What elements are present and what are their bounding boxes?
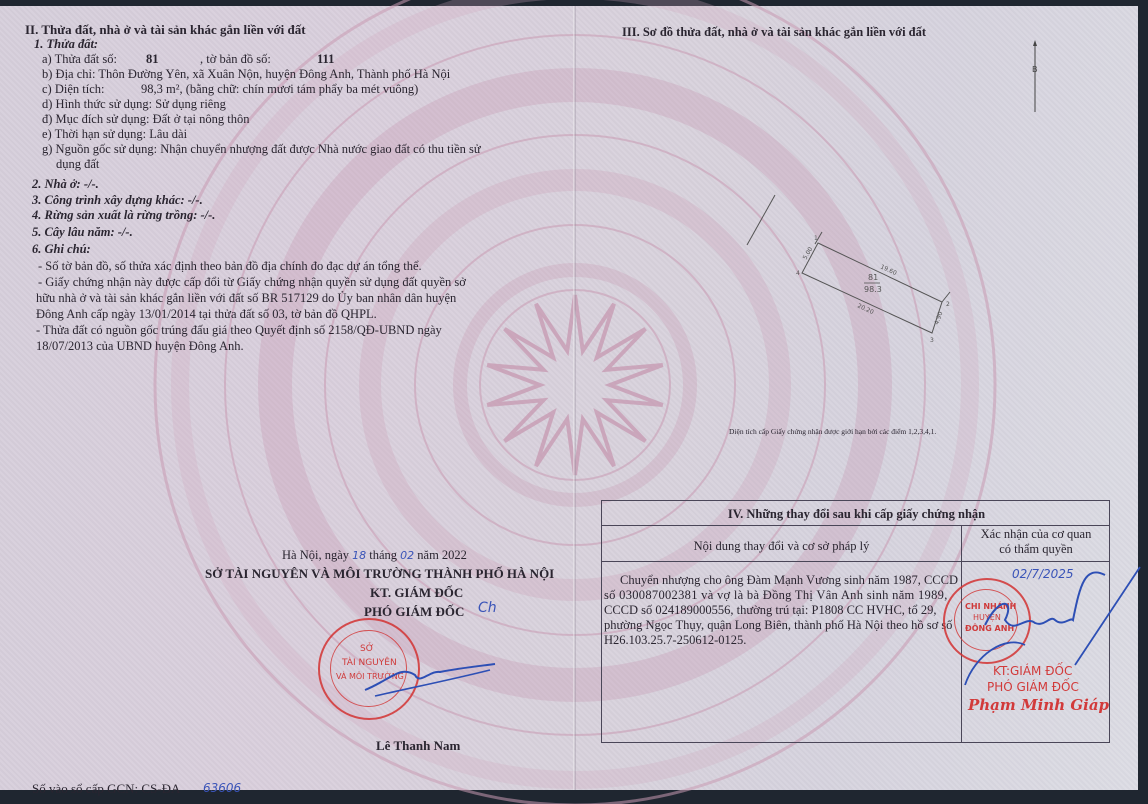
note-line: Đông Anh cấp ngày 13/01/2014 tại thửa đấ… [36, 307, 377, 322]
area-boundary-note: Diện tích cấp Giấy chứng nhận được giới … [729, 427, 936, 436]
signing-month: 02 [400, 549, 414, 562]
svg-text:1: 1 [814, 235, 818, 242]
section-ii-title: II. Thửa đất, nhà ở và tài sản khác gắn … [25, 22, 306, 37]
signer-signature [360, 660, 500, 700]
on-behalf-director: KT. GIÁM ĐỐC [370, 585, 463, 600]
svg-text:98.3: 98.3 [864, 285, 882, 294]
use-origin: g) Nguồn gốc sử dụng: Nhận chuyển nhượng… [42, 142, 481, 157]
note-line: 18/07/2013 của UBND huyện Đông Anh. [36, 339, 244, 354]
svg-text:20.20: 20.20 [856, 302, 875, 316]
change-entry-line: Chuyển nhượng cho ông Đàm Mạnh Vương sin… [620, 573, 958, 588]
confirm-on-behalf: KT:GIÁM ĐỐC [993, 664, 1072, 679]
signer-name: Lê Thanh Nam [376, 738, 460, 753]
svg-text:4: 4 [796, 270, 800, 277]
north-arrow: B [1025, 40, 1045, 115]
note-line: - Giấy chứng nhận này được cấp đổi từ Gi… [38, 275, 466, 290]
registry-number: 63606 [203, 781, 241, 796]
section-iii-title: III. Sơ đồ thửa đất, nhà ở và tài sản kh… [622, 25, 926, 40]
issuing-agency: SỞ TÀI NGUYÊN VÀ MÔI TRƯỜNG THÀNH PHỐ HÀ… [205, 566, 554, 581]
map-sheet-number: 111 [317, 52, 334, 67]
production-forest: 4. Rừng sản xuất là rừng trồng: -/-. [32, 208, 215, 223]
map-sheet-label: , tờ bản đồ số: [200, 52, 271, 67]
use-purpose: đ) Mục đích sử dụng: Đất ở tại nông thôn [42, 112, 249, 127]
changes-title: IV. Những thay đổi sau khi cấp giấy chứn… [602, 507, 1111, 522]
svg-text:3: 3 [930, 337, 934, 344]
address: b) Địa chỉ: Thôn Đường Yên, xã Xuân Nộn,… [42, 67, 450, 82]
svg-text:B: B [1032, 65, 1038, 74]
signing-day: 18 [352, 549, 366, 562]
parcel-label: a) Thửa đất số: [42, 52, 117, 67]
area-value: 98,3 m², (bằng chữ: chín mươi tám phẩy b… [141, 82, 418, 97]
changes-col-content-header: Nội dung thay đổi và cơ sở pháp lý [602, 539, 961, 554]
use-origin-cont: dụng đất [56, 157, 99, 172]
initials-signature: Ch [478, 601, 497, 616]
area-label: c) Diện tích: [42, 82, 104, 97]
deputy-director-title: PHÓ GIÁM ĐỐC [364, 604, 464, 619]
house: 2. Nhà ở: -/-. [32, 177, 99, 192]
change-entry-line: CCCD số 024189000556, thường trú tại: P1… [604, 603, 937, 618]
changes-col-confirm-header-2: có thẩm quyền [962, 542, 1110, 557]
registry-label: Số vào sổ cấp GCN: CS-ĐA [32, 781, 180, 796]
parcel-number: 81 [146, 52, 159, 67]
change-entry-line: số 030087002381 và vợ là bà Đồng Thị Vân… [604, 588, 948, 603]
svg-text:4.90: 4.90 [933, 311, 944, 326]
land-heading: 1. Thửa đất: [34, 37, 98, 52]
use-term: e) Thời hạn sử dụng: Lâu dài [42, 127, 187, 142]
confirm-signer-name: Phạm Minh Giáp [968, 698, 1109, 713]
perennial-trees: 5. Cây lâu năm: -/-. [32, 225, 133, 240]
plot-diagram: 81 98.3 19.60 20.20 4.90 5.00 1 2 3 4 [740, 180, 960, 350]
svg-text:19.60: 19.60 [879, 263, 898, 277]
use-form: d) Hình thức sử dụng: Sử dụng riêng [42, 97, 226, 112]
other-construction: 3. Công trình xây dựng khác: -/-. [32, 193, 203, 208]
note-line: hữu nhà ở và tài sản khác gắn liền với đ… [36, 291, 456, 306]
note-line: - Số tờ bản đồ, số thửa xác định theo bả… [38, 259, 422, 274]
notes-heading: 6. Ghi chú: [32, 242, 91, 257]
page-fold [573, 6, 576, 790]
signing-place-date: Hà Nội, ngày 18 tháng 02 năm 2022 [282, 548, 467, 563]
confirm-deputy-title: PHÓ GIÁM ĐỐC [987, 680, 1079, 695]
svg-text:81: 81 [868, 273, 878, 282]
svg-text:2: 2 [946, 301, 950, 308]
change-entry-line: phường Ngọc Thụy, quận Long Biên, thành … [604, 618, 952, 633]
note-line: - Thửa đất có nguồn gốc trúng đấu giá th… [36, 323, 442, 338]
change-entry-line: H26.103.25.7-250612-0125. [604, 633, 746, 648]
changes-col-confirm-header: Xác nhận của cơ quan [962, 527, 1110, 542]
